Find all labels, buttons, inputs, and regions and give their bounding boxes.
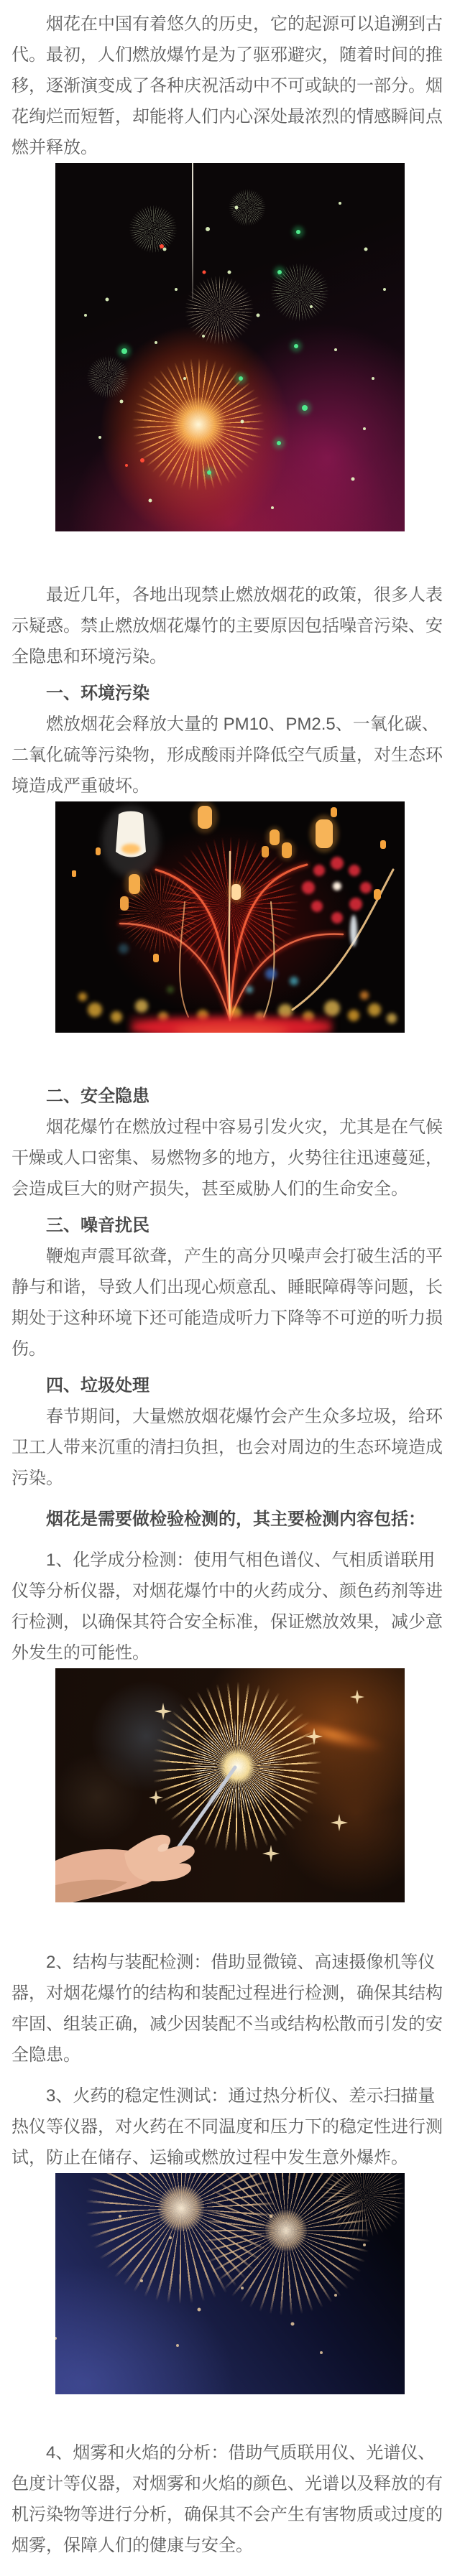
photo-golden-fireworks[interactable] [55, 2173, 405, 2394]
paragraph-testing-intro: 烟花是需要做检验检测的，其主要检测内容包括： [11, 1504, 448, 1535]
ember-dots [55, 2173, 405, 2394]
lanterns-and-sprays [55, 801, 405, 1033]
paragraph-ban-policy: 最近几年，各地出现禁止燃放烟花的政策，很多人表示疑惑。禁止燃放烟花爆竹的主要原因… [11, 580, 448, 672]
spark-stars [149, 1690, 364, 1862]
green-glow-dots [118, 226, 311, 478]
water-reflection [131, 1016, 332, 1033]
heading-environmental-pollution: 一、环境污染 [11, 678, 448, 709]
paragraph-safety-hazard: 烟花爆竹在燃放过程中容易引发火灾，尤其是在气候干燥或人口密集、易燃物多的地方，火… [11, 1112, 448, 1204]
hand-and-stick [55, 1668, 405, 1902]
paragraph-garbage-disposal: 春节期间，大量燃放烟花爆竹会产生众多垃圾，给环卫工人带来沉重的清扫负担，也会对周… [11, 1401, 448, 1494]
paragraph-test-item-stability: 3、火药的稳定性测试：通过热分析仪、差示扫描量热仪等仪器，对火药在不同温度和压力… [11, 2080, 448, 2173]
heading-garbage-disposal: 四、垃圾处理 [11, 1370, 448, 1401]
article-body: 烟花在中国有着悠久的历史，它的起源可以追溯到古代。最初，人们燃放爆竹是为了驱邪避… [0, 0, 460, 2565]
heading-noise-nuisance: 三、噪音扰民 [11, 1210, 448, 1241]
photo-red-fireworks-lanterns[interactable] [55, 801, 405, 1033]
paragraph-test-item-smoke-flame: 4、烟雾和火焰的分析：借助气质联用仪、光谱仪、色度计等仪器，对烟雾和火焰的颜色、… [11, 2437, 448, 2561]
photo-colorful-fireworks[interactable] [55, 163, 405, 531]
paragraph-history-intro: 烟花在中国有着悠久的历史，它的起源可以追溯到古代。最初，人们燃放爆竹是为了驱邪避… [11, 9, 448, 163]
paragraph-environmental-pollution: 燃放烟花会释放大量的 PM10、PM2.5、一氧化碳、二氧化硫等污染物，形成酸雨… [11, 709, 448, 801]
hand [55, 1835, 195, 1902]
paragraph-test-item-structure: 2、结构与装配检测：借助显微镜、高速摄像机等仪器，对烟花爆竹的结构和装配过程进行… [11, 1947, 448, 2070]
photo-sparkler-hand[interactable] [55, 1668, 405, 1902]
paragraph-test-item-chemical: 1、化学成分检测：使用气相色谱仪、气相质谱联用仪等分析仪器，对烟花爆竹中的火药成… [11, 1545, 448, 1668]
heading-safety-hazard: 二、安全隐患 [11, 1081, 448, 1112]
red-dots [125, 244, 206, 467]
spark-dots [55, 163, 405, 531]
paragraph-noise-nuisance: 鞭炮声震耳欲聋，产生的高分贝噪声会打破生活的平静与和谐，导致人们出现心烦意乱、睡… [11, 1241, 448, 1364]
